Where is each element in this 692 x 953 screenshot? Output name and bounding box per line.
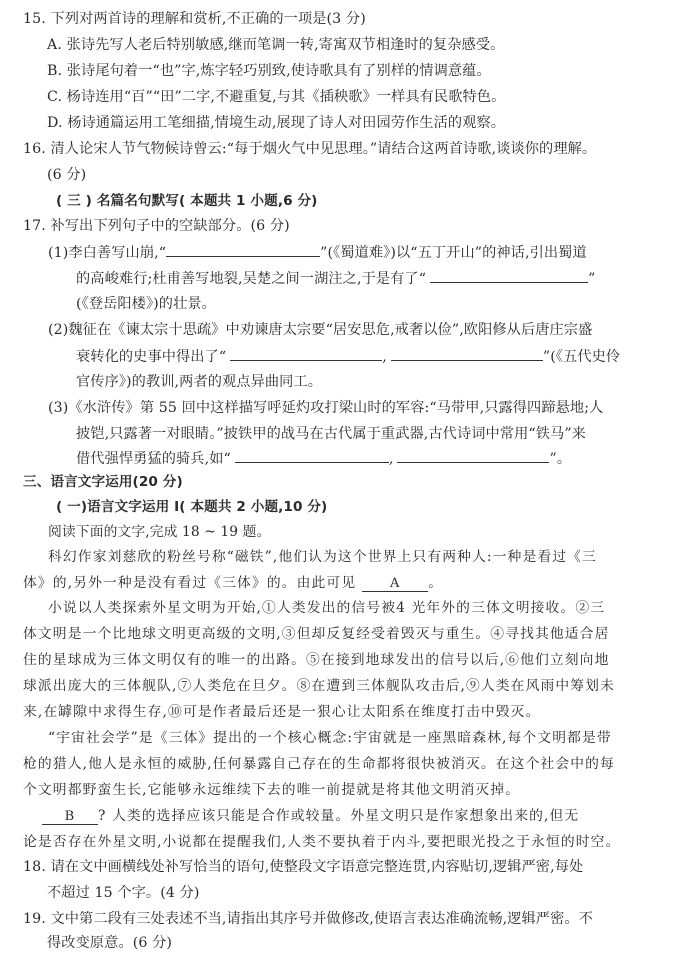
passage-p1-line-1: 科幻作家刘慈欣的粉丝号称“磁铁”,他们认为这个世界上只有两种人:一种是看过《三 [48, 547, 597, 567]
question-15-stem: 15. 下列对两首诗的理解和赏析,不正确的一项是(3 分) [23, 9, 366, 29]
question-16-score: (6 分) [47, 165, 86, 185]
blank-b[interactable]: B [42, 810, 98, 825]
passage-p2-line-1: 小说以人类探索外星文明为开始,①人类发出的信号被4 光年外的三体文明接收。②三 [48, 598, 605, 618]
item-2-text-a: 衰转化的史事中得出了“ [76, 349, 226, 365]
question-17-stem: 17. 补写出下列句子中的空缺部分。(6 分) [23, 216, 290, 236]
section-heading-recitation: ( 三 ) 名篇名句默写( 本题共 1 小题,6 分) [56, 191, 317, 211]
passage-p1-line-2: 体》的,另外一种是没有看过《三体》的。由此可见A。 [23, 573, 443, 593]
passage-p4-line-1: B? 人类的选择应该只能是合作或较量。外星文明只是作家想象出来的,但无 [42, 806, 579, 826]
passage-p2-line-2: 体文明是一个比地球文明更高级的文明,③但却反复经受着毁灭与重生。④寻找其他适合居 [23, 624, 609, 644]
question-17-item-1-line-2: 的高峻难行;杜甫善写地裂,吴楚之间一湖注之,于是有了“” [76, 268, 595, 289]
passage-p2-line-5: 来,在罅隙中求得生存,⑩可是作者最后还是一狠心让太阳系在维度打击中毁灭。 [23, 702, 540, 722]
exam-page: 15. 下列对两首诗的理解和赏析,不正确的一项是(3 分) A. 张诗先写人老后… [0, 0, 692, 953]
part-heading-language-use: 三、语言文字运用(20 分) [23, 472, 183, 492]
question-17-item-2-line-2: 衰转化的史事中得出了“,”(《五代史伶 [76, 346, 620, 367]
question-17-item-1-line-3: (《登岳阳楼》)的壮景。 [76, 294, 216, 314]
question-19-line-1: 19. 文中第二段有三处表述不当,请指出其序号并做修改,使语言表达准确流畅,逻辑… [23, 909, 593, 929]
fill-blank[interactable] [230, 346, 382, 361]
question-17-item-3-line-1: (3)《水浒传》第 55 回中这样描写呼延灼攻打梁山时的军容:“马带甲,只露得四… [48, 398, 603, 418]
comma: , [389, 451, 394, 467]
fill-blank[interactable] [430, 268, 588, 283]
item-1-text-c: 的高峻难行;杜甫善写地裂,吴楚之间一湖注之,于是有了“ [76, 271, 426, 287]
item-1-text-a: (1)李白善写山崩,“ [48, 245, 166, 261]
section-heading-language-use-1: ( 一)语言文字运用 Ⅰ( 本题共 2 小题,10 分) [56, 497, 327, 517]
question-17-item-2-line-1: (2)魏征在《谏太宗十思疏》中劝谏唐太宗要“居安思危,戒奢以俭”,欧阳修从后唐庄… [48, 320, 592, 340]
fill-blank[interactable] [397, 448, 549, 463]
question-18-line-2: 不超过 15 个字。(4 分) [47, 883, 200, 903]
item-3-text-b: ”。 [549, 451, 571, 467]
passage-p2-line-4: 球派出庞大的三体舰队,⑦人类危在旦夕。⑧在遭到三体舰队攻击后,⑨人类在风雨中筹划… [23, 676, 615, 696]
comma: , [382, 349, 387, 365]
question-17-item-3-line-3: 借代强悍勇猛的骑兵,如“,”。 [76, 448, 571, 469]
question-15-option-a: A. 张诗先写人老后特别敏感,继而笔调一转,寄寓双节相逢时的复杂感受。 [47, 35, 504, 55]
reading-instruction: 阅读下面的文字,完成 18 ~ 19 题。 [48, 522, 270, 542]
passage-text: ? 人类的选择应该只能是合作或较量。外星文明只是作家想象出来的,但无 [98, 808, 579, 824]
question-17-item-1-line-1: (1)李白善写山崩,“”(《蜀道难》)以“五丁开山”的神话,引出蜀道 [48, 242, 587, 263]
question-17-item-2-line-3: 官传序》)的教训,两者的观点异曲同工。 [76, 372, 322, 392]
blank-a[interactable]: A [362, 577, 428, 592]
item-1-text-b: ”(《蜀道难》)以“五丁开山”的神话,引出蜀道 [320, 245, 587, 261]
question-15-option-d: D. 杨诗通篇运用工笔细描,情境生动,展现了诗人对田园劳作生活的观察。 [47, 113, 505, 133]
period: 。 [428, 575, 443, 591]
question-15-option-c: C. 杨诗连用“百”“田”二字,不避重复,与其《插秧歌》一样具有民歌特色。 [47, 87, 505, 107]
fill-blank[interactable] [391, 346, 543, 361]
passage-p3-line-2: 枪的猎人,他人是永恒的威胁,任何暴露自己存在的生命都将很快被消灭。在这个社会中的… [23, 754, 615, 774]
passage-p2-line-3: 住的星球成为三体文明仅有的唯一的出路。⑤在接到地球发出的信号以后,⑥他们立刻向地 [23, 650, 609, 670]
question-19-line-2: 得改变原意。(6 分) [47, 933, 172, 953]
question-16-stem: 16. 清人论宋人节气物候诗曾云:“每于烟火气中见思理。”请结合这两首诗歌,谈谈… [23, 139, 596, 159]
passage-p4-line-2: 论是否存在外星文明,小说都在提醒我们,人类不要执着于内斗,要把眼光投之于永恒的时… [23, 832, 620, 852]
item-3-text-a: 借代强悍勇猛的骑兵,如“ [76, 451, 231, 467]
fill-blank[interactable] [235, 448, 389, 463]
question-18-line-1: 18. 请在文中画横线处补写恰当的语句,使整段文字语意完整连贯,内容贴切,逻辑严… [23, 857, 583, 877]
item-1-text-d: ” [588, 271, 595, 287]
passage-text: 体》的,另外一种是没有看过《三体》的。由此可见 [23, 575, 356, 591]
item-2-text-b: ”(《五代史伶 [543, 349, 620, 365]
question-15-option-b: B. 张诗尾句着一“也”字,炼字轻巧别致,使诗歌具有了别样的情调意蕴。 [47, 61, 491, 81]
fill-blank[interactable] [166, 242, 320, 257]
passage-p3-line-1: “宇宙社会学”是《三体》提出的一个核心概念:宇宙就是一座黑暗森林,每个文明都是带 [48, 728, 612, 748]
question-17-item-3-line-2: 披铠,只露著一对眼睛。”披铁甲的战马在古代属于重武器,古代诗词中常用“铁马”来 [76, 424, 586, 444]
passage-p3-line-3: 个文明都野蛮生长,它能够永远维续下去的唯一前提就是将其他文明消灭掉。 [23, 780, 520, 800]
